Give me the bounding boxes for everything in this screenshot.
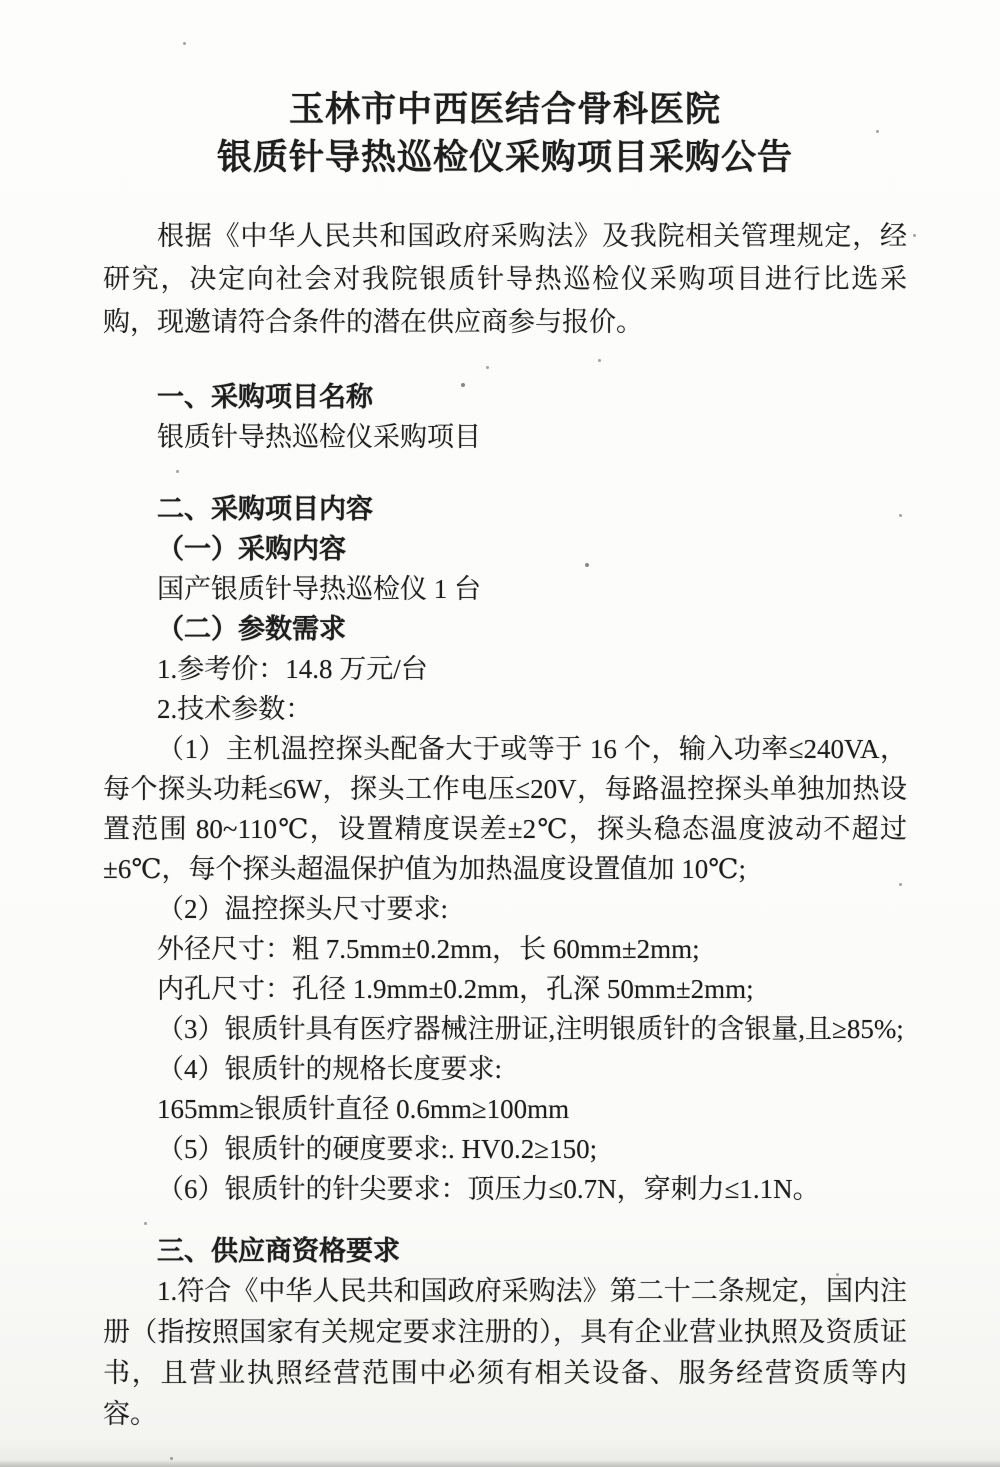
title-line-1: 玉林市中西医结合骨科医院 xyxy=(103,86,907,134)
scan-speck xyxy=(183,42,186,45)
scan-bottom-edge-shadow xyxy=(0,1460,1000,1467)
intro-paragraph: 根据《中华人民共和国政府采购法》及我院相关管理规定，经研究，决定向社会对我院银质… xyxy=(103,215,907,344)
scanned-document-page: 玉林市中西医结合骨科医院 银质针导热巡检仪采购项目采购公告 根据《中华人民共和国… xyxy=(0,0,1000,1467)
tech-param-2-outer-size: 外径尺寸：粗 7.5mm±0.2mm，长 60mm±2mm; xyxy=(103,929,907,969)
scan-speck xyxy=(836,1273,839,1276)
tech-param-3: （3）银质针具有医疗器械注册证,注明银质针的含银量,且≥85%; xyxy=(103,1009,907,1049)
scan-speck xyxy=(486,366,489,369)
scan-speck xyxy=(876,130,879,133)
scan-speck xyxy=(176,470,179,473)
reference-price-line: 1.参考价：14.8 万元/台 xyxy=(103,649,907,689)
section-1-heading: 一、采购项目名称 xyxy=(103,377,907,417)
tech-params-label: 2.技术参数： xyxy=(103,689,907,729)
scan-speck xyxy=(913,234,916,237)
section-2-sub1-heading: （一）采购内容 xyxy=(103,529,907,569)
scan-speck xyxy=(144,1222,147,1225)
tech-param-4: （4）银质针的规格长度要求: xyxy=(103,1049,907,1089)
tech-param-4-spec: 165mm≥银质针直径 0.6mm≥100mm xyxy=(103,1089,907,1129)
scan-speck xyxy=(899,514,902,517)
tech-param-2: （2）温控探头尺寸要求: xyxy=(103,889,907,929)
section-3-body: 1.符合《中华人民共和国政府采购法》第二十二条规定，国内注册（指按照国家有关规定… xyxy=(103,1271,907,1435)
purchase-content-line: 国产银质针导热巡检仪 1 台 xyxy=(103,569,907,609)
scan-speck xyxy=(186,620,189,623)
scan-speck xyxy=(461,383,465,387)
scan-speck xyxy=(899,883,902,886)
document-title: 玉林市中西医结合骨科医院 银质针导热巡检仪采购项目采购公告 xyxy=(103,86,907,182)
tech-param-6: （6）银质针的针尖要求：顶压力≤0.7N，穿刺力≤1.1N。 xyxy=(103,1169,907,1209)
tech-param-1: （1）主机温控探头配备大于或等于 16 个，输入功率≤240VA，每个探头功耗≤… xyxy=(103,729,907,889)
tech-param-2-inner-size: 内孔尺寸：孔径 1.9mm±0.2mm，孔深 50mm±2mm; xyxy=(103,969,907,1009)
document-content: 玉林市中西医结合骨科医院 银质针导热巡检仪采购项目采购公告 根据《中华人民共和国… xyxy=(103,0,907,1435)
section-1-body: 银质针导热巡检仪采购项目 xyxy=(103,417,907,457)
section-2-sub2-heading: （二）参数需求 xyxy=(103,609,907,649)
section-2-heading: 二、采购项目内容 xyxy=(103,489,907,529)
tech-param-5: （5）银质针的硬度要求:. HV0.2≥150; xyxy=(103,1129,907,1169)
scan-speck xyxy=(598,359,601,362)
section-3-heading: 三、供应商资格要求 xyxy=(103,1231,907,1271)
title-line-2: 银质针导热巡检仪采购项目采购公告 xyxy=(103,134,907,182)
scan-speck xyxy=(585,563,589,567)
